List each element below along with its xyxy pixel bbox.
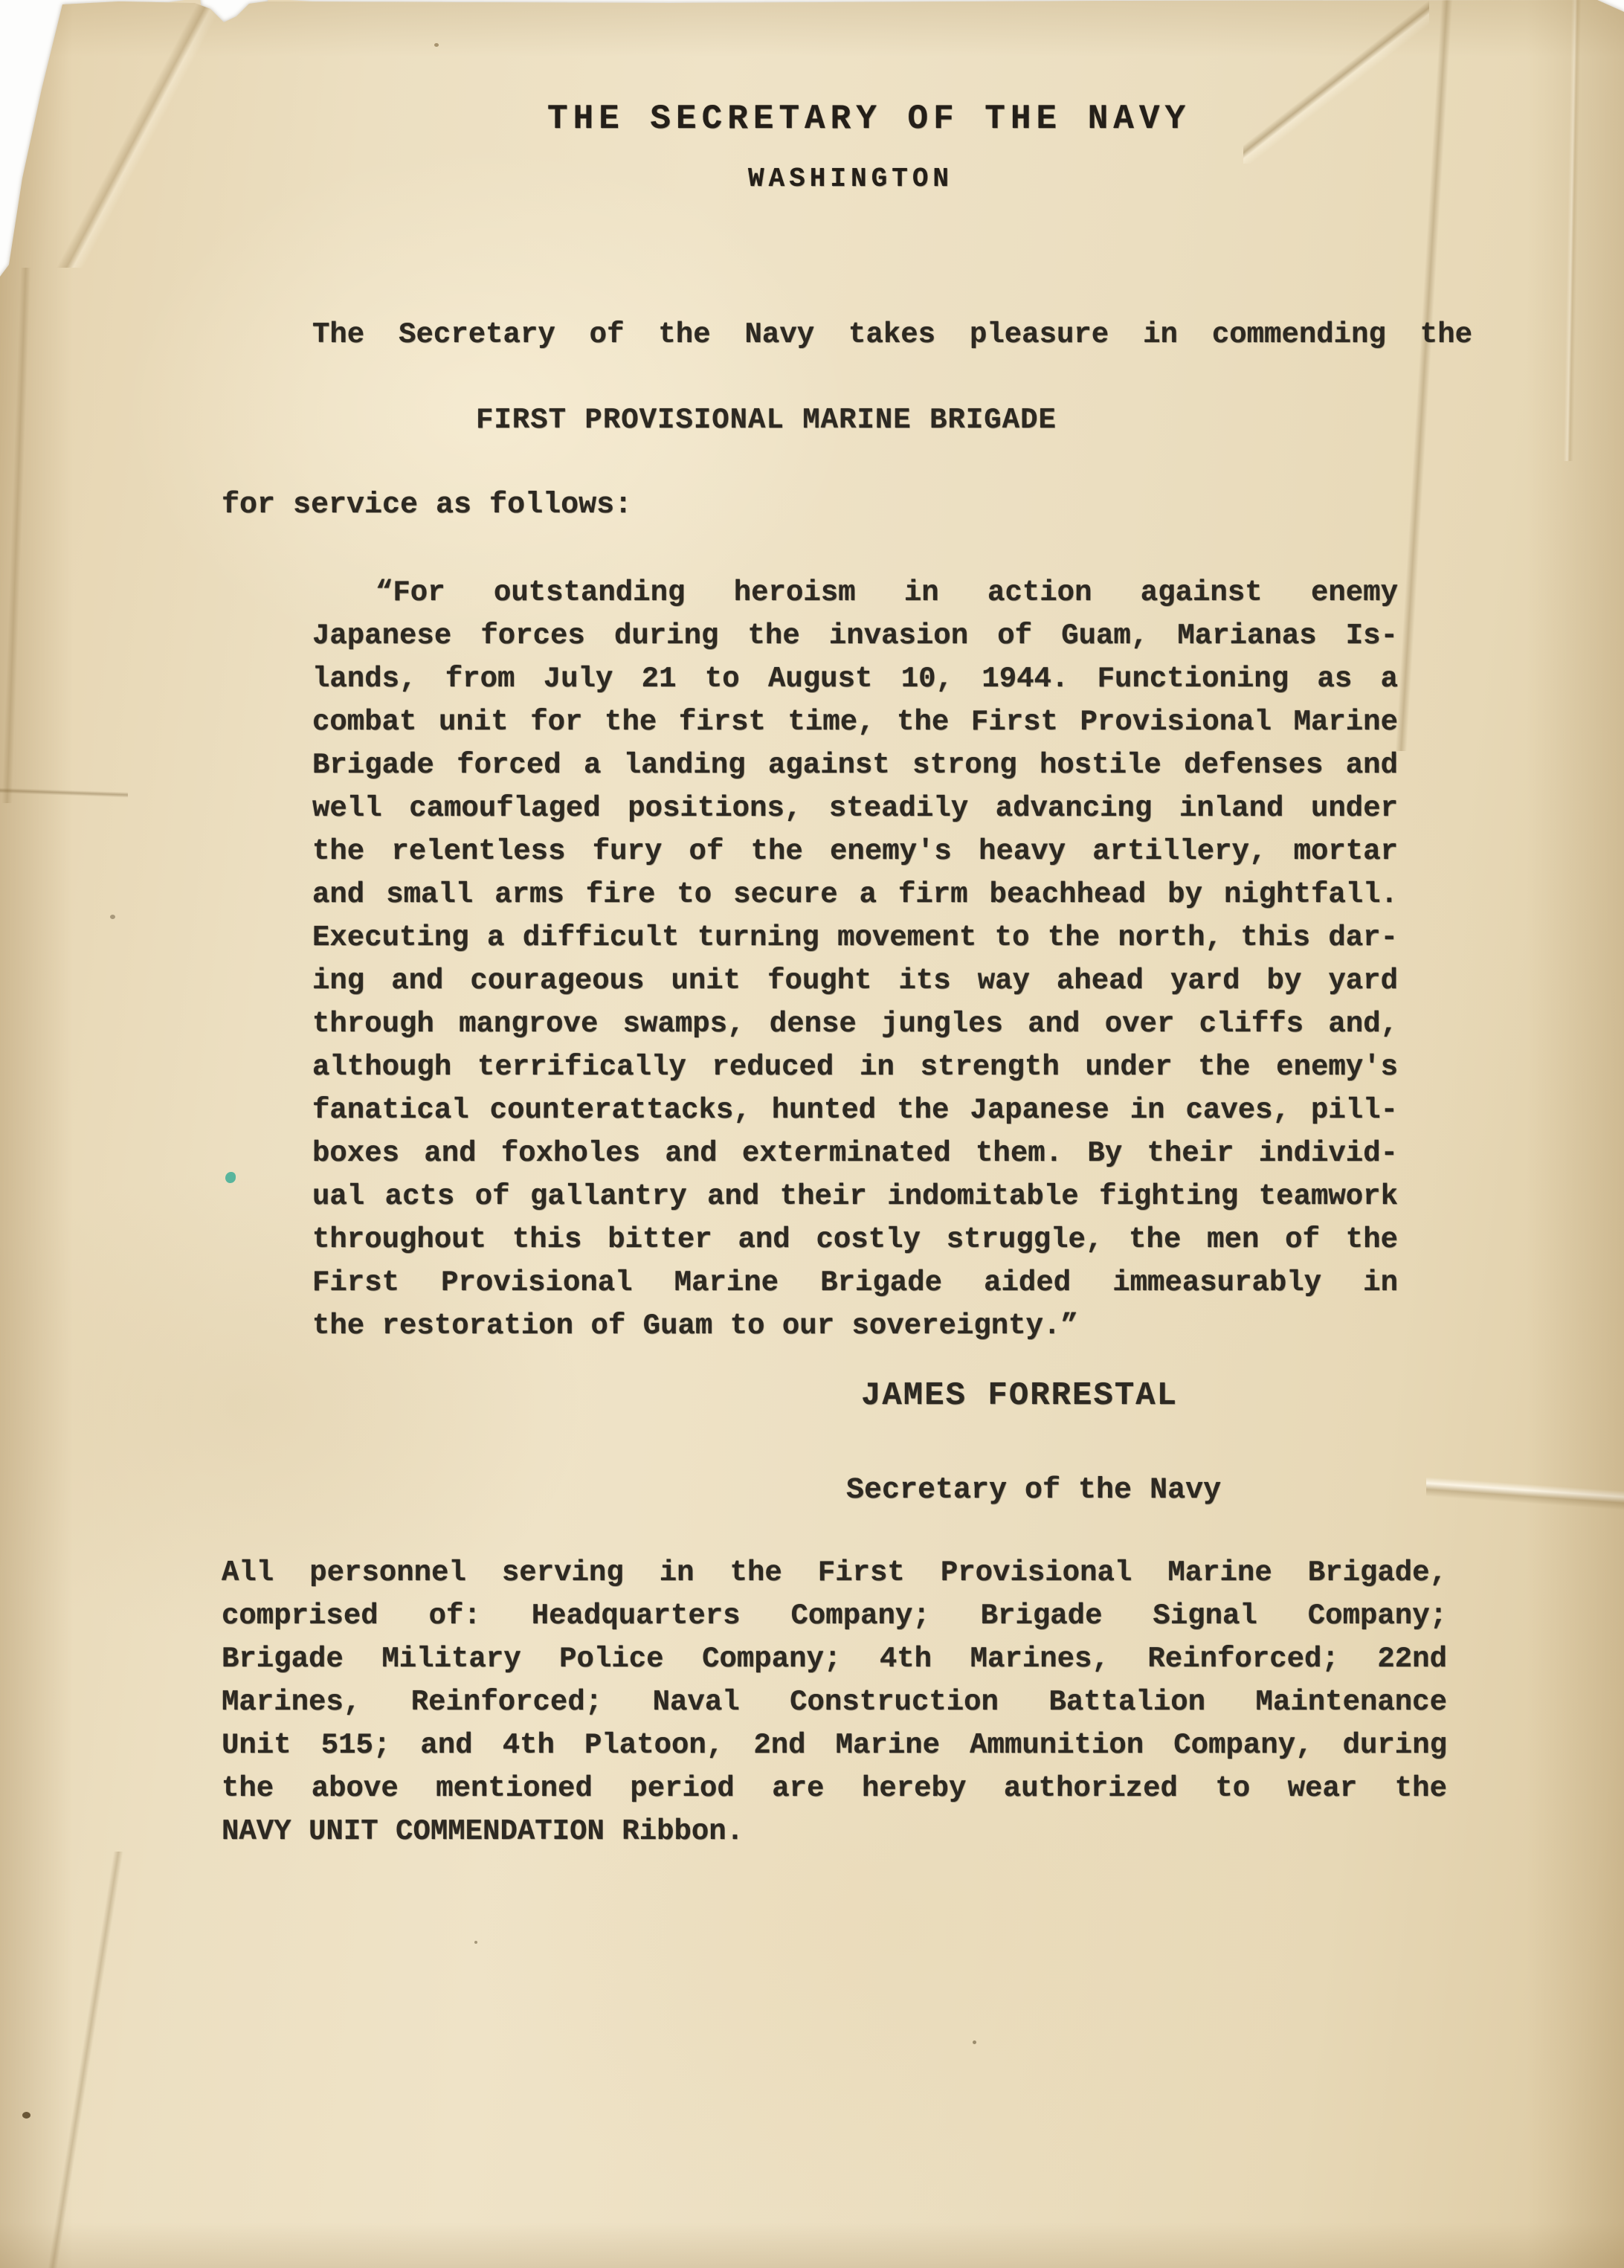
citation-line: lands, from July 21 to August 10, 1944. …	[312, 657, 1398, 700]
authorization-line: NAVY UNIT COMMENDATION Ribbon.	[222, 1810, 1447, 1853]
service-line: for service as follows:	[222, 489, 632, 522]
paper-sheet: THE SECRETARY OF THE NAVY WASHINGTON The…	[0, 0, 1624, 2268]
citation-line: Japanese forces during the invasion of G…	[312, 614, 1398, 657]
citation-line: Executing a difficult turning movement t…	[312, 916, 1398, 959]
commended-unit: FIRST PROVISIONAL MARINE BRIGADE	[476, 404, 1057, 436]
citation-line: combat unit for the first time, the Firs…	[312, 700, 1398, 744]
citation-line: fanatical counterattacks, hunted the Jap…	[312, 1089, 1398, 1132]
citation-line: “For outstanding heroism in action again…	[312, 571, 1398, 614]
signature-name: JAMES FORRESTAL	[861, 1377, 1178, 1414]
letterhead-subtitle: WASHINGTON	[748, 164, 953, 194]
ink-speck	[110, 915, 115, 919]
crease-left-horizontal	[0, 778, 128, 808]
crease-right-fold-highlight	[1545, 0, 1597, 461]
paper-shadow: THE SECRETARY OF THE NAVY WASHINGTON The…	[0, 0, 1624, 2268]
citation-line: the relentless fury of the enemy's heavy…	[312, 830, 1398, 873]
authorization-line: the above mentioned period are hereby au…	[222, 1767, 1447, 1810]
teal-mark	[225, 1172, 236, 1183]
citation-line: boxes and foxholes and exterminated them…	[312, 1132, 1398, 1175]
citation-line: First Provisional Marine Brigade aided i…	[312, 1261, 1398, 1304]
citation-paragraph: “For outstanding heroism in action again…	[312, 571, 1398, 1347]
crease-top-left	[41, 0, 234, 268]
crease-bottom-left	[22, 1852, 149, 2268]
citation-line: and small arms fire to secure a firm bea…	[312, 873, 1398, 916]
signature-title: Secretary of the Navy	[846, 1474, 1221, 1507]
crease-left-vertical	[0, 268, 33, 803]
authorization-line: comprised of: Headquarters Company; Brig…	[222, 1594, 1447, 1637]
crease-right-middle	[1426, 1454, 1624, 1528]
letterhead-title: THE SECRETARY OF THE NAVY	[547, 100, 1190, 138]
ink-speck	[434, 43, 439, 47]
authorization-paragraph: All personnel serving in the First Provi…	[222, 1551, 1447, 1853]
citation-line: through mangrove swamps, dense jungles a…	[312, 1002, 1398, 1046]
authorization-line: Unit 515; and 4th Platoon, 2nd Marine Am…	[222, 1724, 1447, 1767]
authorization-line: Brigade Military Police Company; 4th Mar…	[222, 1637, 1447, 1681]
citation-line: throughout this bitter and costly strugg…	[312, 1218, 1398, 1261]
authorization-line: All personnel serving in the First Provi…	[222, 1551, 1447, 1594]
scanned-document: THE SECRETARY OF THE NAVY WASHINGTON The…	[0, 0, 1624, 2268]
ink-speck	[973, 2040, 976, 2044]
ink-speck	[474, 1941, 477, 1944]
authorization-line: Marines, Reinforced; Naval Construction …	[222, 1681, 1447, 1724]
citation-line: well camouflaged positions, steadily adv…	[312, 787, 1398, 830]
citation-line: ing and courageous unit fought its way a…	[312, 959, 1398, 1002]
crease-top-right-diagonal	[1243, 0, 1429, 164]
citation-line: although terrifically reduced in strengt…	[312, 1046, 1398, 1089]
intro-line: The Secretary of the Navy takes pleasure…	[312, 318, 1472, 351]
citation-line: ual acts of gallantry and their indomita…	[312, 1175, 1398, 1218]
ink-speck	[22, 2112, 30, 2119]
citation-line: Brigade forced a landing against strong …	[312, 744, 1398, 787]
citation-line: the restoration of Guam to our sovereign…	[312, 1304, 1398, 1347]
